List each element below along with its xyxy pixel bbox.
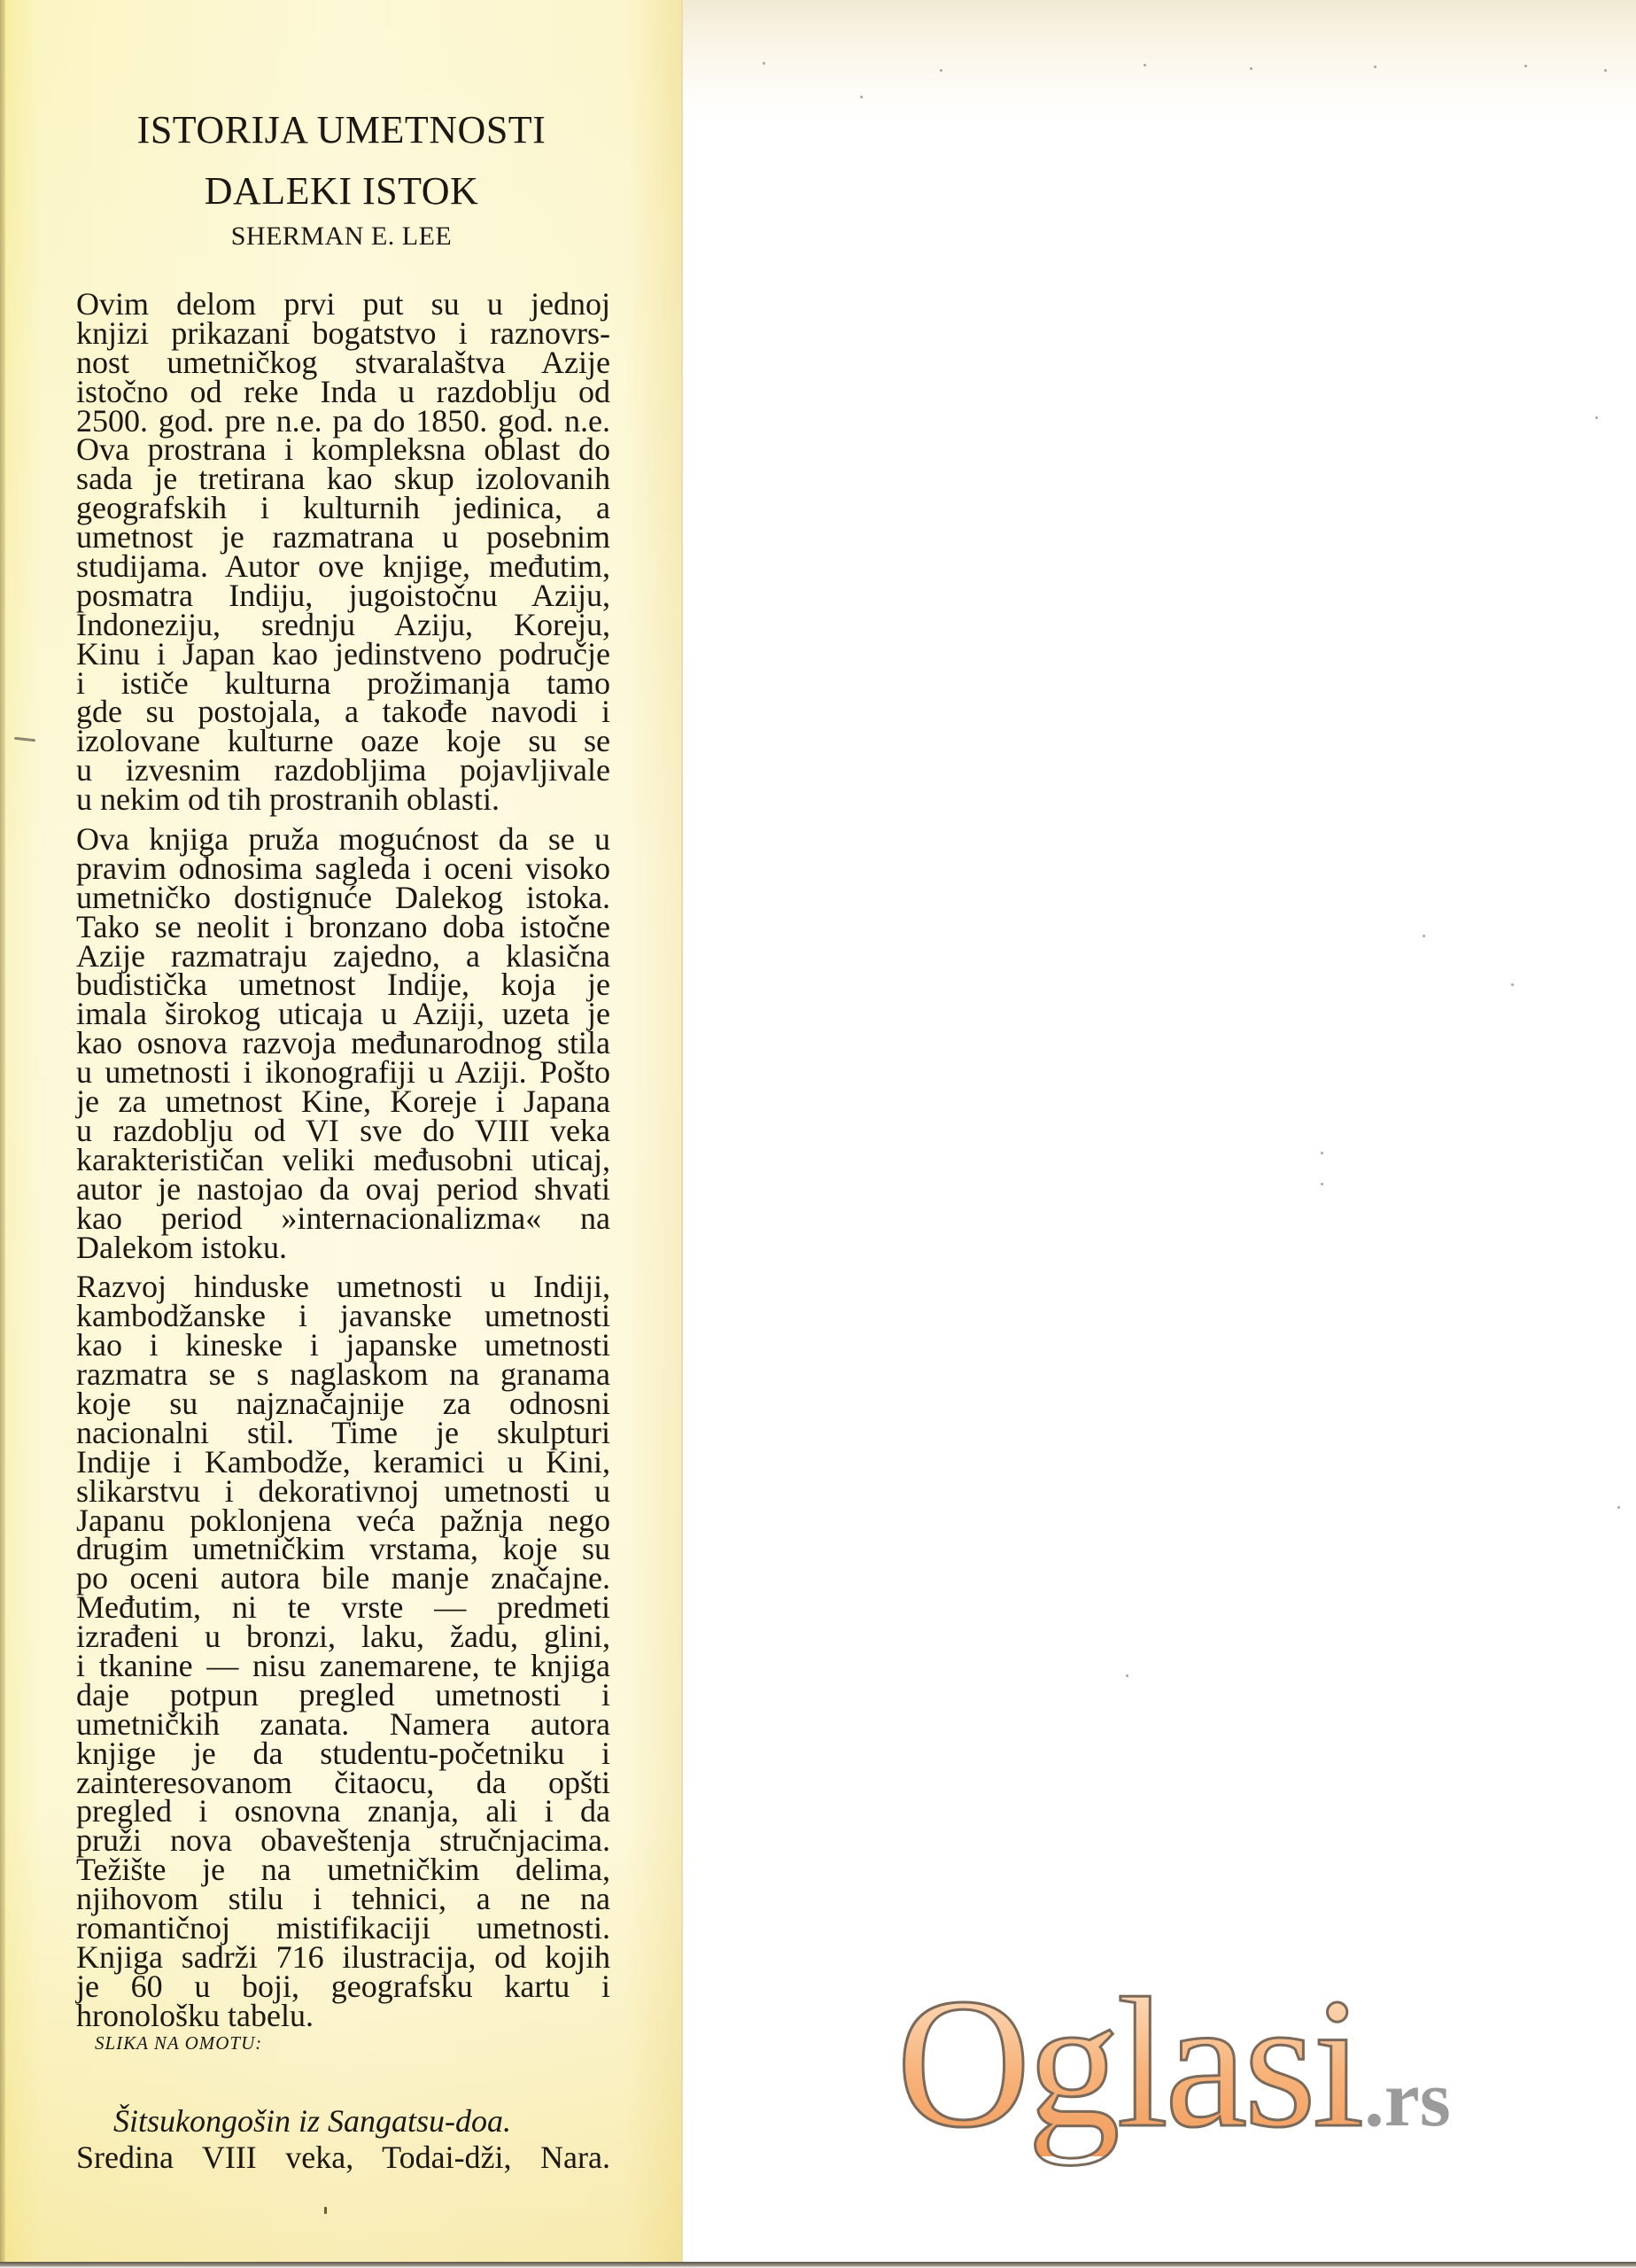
blurb-line: slikarstvu i dekorativnoj umetnosti u xyxy=(76,1477,610,1506)
blurb-line: je 60 u boji, geografsku kartu i xyxy=(76,1972,610,2001)
blurb-line: umetničkih zanata. Namera autora xyxy=(76,1710,610,1739)
blank-book-page xyxy=(683,0,1636,2262)
blurb-line: Knjiga sadrži 716 ilustracija, od kojih xyxy=(76,1943,610,1972)
blurb-line: u razdoblju od VI sve do VIII veka xyxy=(76,1116,610,1146)
blurb-line: nost umetničkog stvaralaštva Azije xyxy=(76,348,610,377)
paper-speck xyxy=(1595,416,1598,419)
ink-mark xyxy=(324,2207,327,2214)
blurb-line: Kinu i Japan kao jedinstveno područje xyxy=(76,640,610,669)
paper-speck xyxy=(1511,983,1514,986)
blurb-line: hronološku tabelu. xyxy=(76,2001,610,2031)
blurb-line: knjige je da studentu-početniku i xyxy=(76,1739,610,1768)
blurb-line: Indije i Kambodže, keramici u Kini, xyxy=(76,1448,610,1477)
paper-speck xyxy=(763,62,765,65)
blurb-paragraph: Ovim delom prvi put su u jednojknjizi pr… xyxy=(76,290,610,814)
paper-speck xyxy=(1250,67,1252,70)
watermark-tld: .rs xyxy=(1364,2054,1450,2145)
dust-jacket-flap: ISTORIJA UMETNOSTI DALEKI ISTOK SHERMAN … xyxy=(0,0,683,2263)
book-title-line2: DALEKI ISTOK xyxy=(0,172,683,211)
blurb-line: karakterističan veliki međusobni uticaj, xyxy=(76,1146,610,1175)
blurb-line: Ovim delom prvi put su u jednoj xyxy=(76,290,610,319)
book-title-line1: ISTORIJA UMETNOSTI xyxy=(0,111,683,150)
oglasi-watermark: Oglasi .rs xyxy=(896,1970,1451,2130)
paper-speck xyxy=(1524,65,1527,67)
blurb-line: posmatra Indiju, jugoistočnu Aziju, xyxy=(76,581,610,610)
blurb-line: u nekim od tih prostranih oblasti. xyxy=(76,785,610,814)
cover-caption-details: Sredina VIII veka, Todai-dži, Nara. xyxy=(76,2141,610,2173)
paper-speck xyxy=(1321,1152,1323,1154)
fold-mark xyxy=(14,737,35,742)
paper-speck xyxy=(1144,64,1146,66)
blurb-line: je za umetnost Kine, Koreje i Japana xyxy=(76,1087,610,1116)
blurb-line: knjizi prikazani bogatstvo i raznovrs- xyxy=(76,319,610,348)
cover-caption-title: Šitsukongošin iz Sangatsu-doa. xyxy=(113,2105,511,2137)
blurb-line: pravim odnosima sagleda i oceni visoko xyxy=(76,854,610,883)
paper-speck xyxy=(860,96,863,98)
blurb-paragraph: Razvoj hinduske umetnosti u Indiji,kambo… xyxy=(76,1272,610,2030)
paper-speck xyxy=(1321,1183,1323,1185)
paper-speck xyxy=(1423,935,1425,937)
blurb-line: Indoneziju, srednju Aziju, Koreju, xyxy=(76,610,610,640)
blurb-line: studijama. Autor ove knjige, međutim, xyxy=(76,552,610,581)
watermark-brand: Oglasi xyxy=(896,1970,1361,2156)
paper-speck xyxy=(1604,69,1607,72)
flap-fold-edge xyxy=(0,0,5,2263)
blurb-text: Ovim delom prvi put su u jednojknjizi pr… xyxy=(76,290,610,2041)
blurb-paragraph: Ova knjiga pruža mogućnost da se upravim… xyxy=(76,825,610,1262)
blurb-line: Ova knjiga pruža mogućnost da se u xyxy=(76,825,610,854)
blurb-line: i tkanine — nisu zanemarene, te knjiga xyxy=(76,1651,610,1681)
blurb-line: romantičnoj mistifikaciji umetnosti. xyxy=(76,1914,610,1943)
blurb-line: nacionalni stil. Time je skulpturi xyxy=(76,1418,610,1448)
blurb-line: umetničko dostignuće Dalekog istoka. xyxy=(76,883,610,913)
blurb-line: Tako se neolit i bronzano doba istočne xyxy=(76,913,610,942)
paper-speck xyxy=(1617,1506,1620,1509)
cover-caption-label: SLIKA NA OMOTU: xyxy=(95,2034,262,2053)
scan-bottom-edge xyxy=(0,2262,1636,2268)
blurb-line: daje potpun pregled umetnosti i xyxy=(76,1681,610,1710)
book-author: SHERMAN E. LEE xyxy=(0,223,683,250)
blurb-line: koje su najznačajnije za odnosni xyxy=(76,1389,610,1418)
blurb-line: istočno od reke Inda u razdoblju od xyxy=(76,377,610,407)
paper-speck xyxy=(1374,66,1376,68)
blurb-line: autor je nastojao da ovaj period shvati xyxy=(76,1175,610,1204)
blurb-line: Dalekom istoku. xyxy=(76,1233,610,1262)
paper-speck xyxy=(940,69,942,72)
paper-speck xyxy=(1126,1674,1128,1677)
blurb-line: kao period »internacionalizma« na xyxy=(76,1204,610,1233)
